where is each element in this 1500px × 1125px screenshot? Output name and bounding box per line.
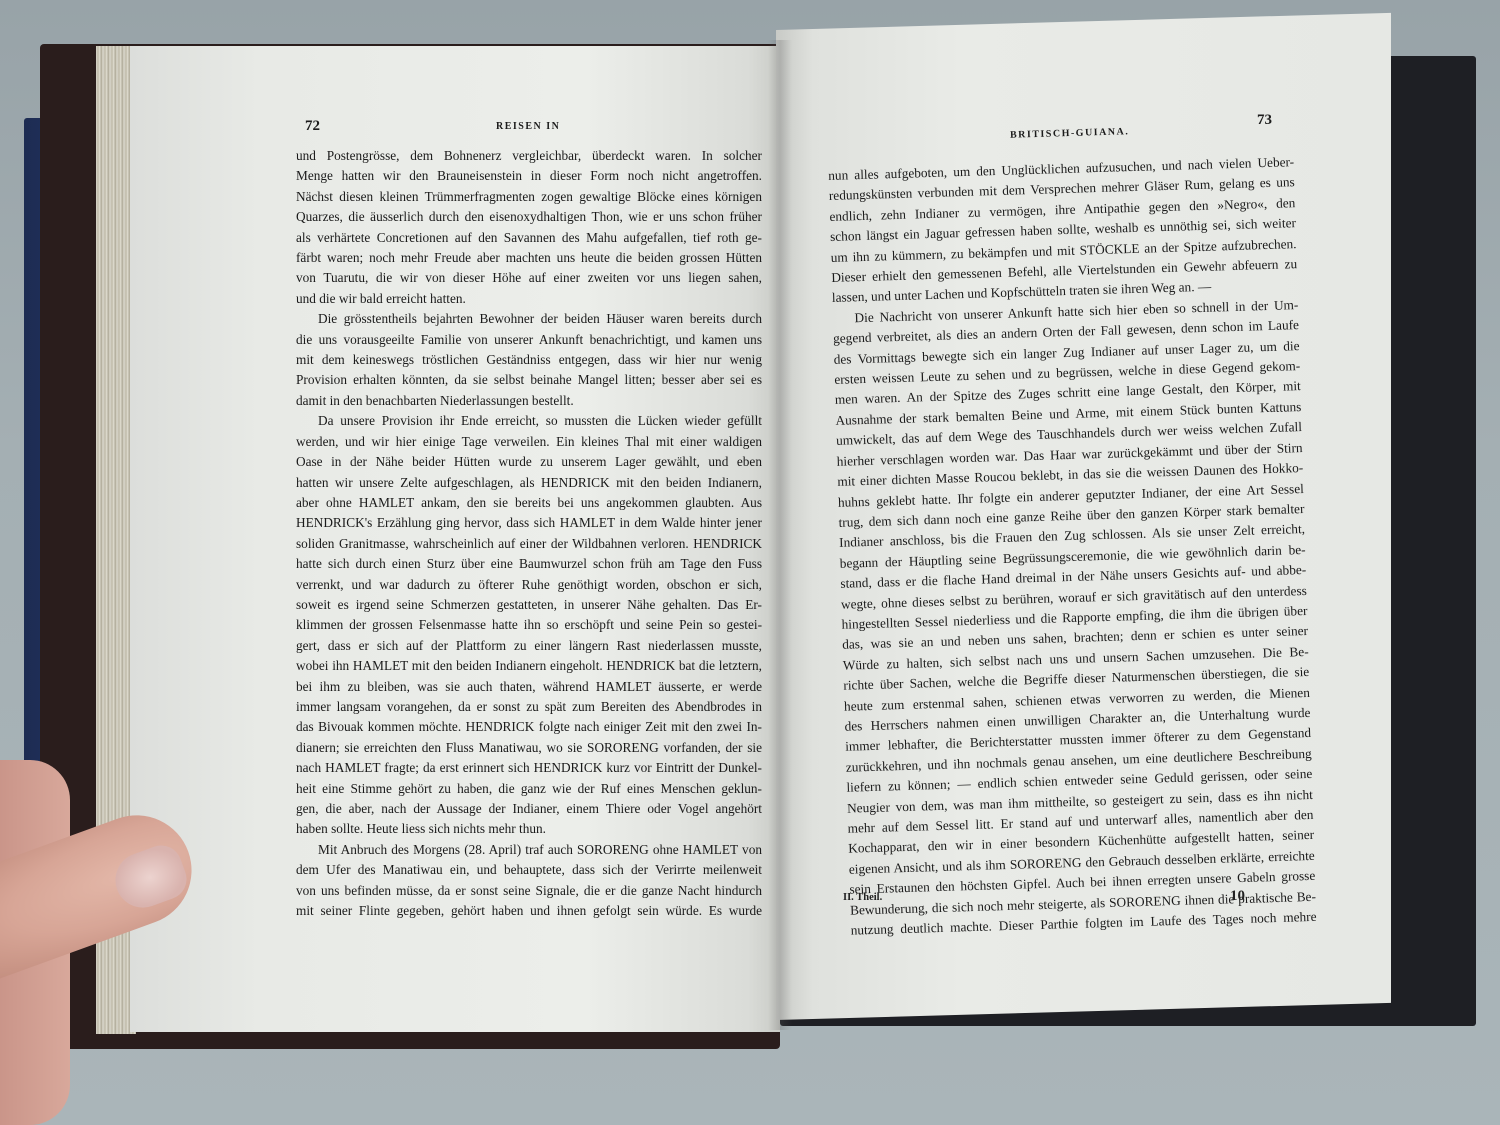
- text-line: gert, dass er sich auf der Plattform zu …: [296, 636, 762, 656]
- text-line: die uns vorausgeeilte Familie von unsere…: [296, 330, 762, 350]
- text-line: klimmen der grossen Felsenmasse hatte ih…: [296, 615, 762, 635]
- text-line: mit dem keineswegs tröstlichen Geständni…: [296, 350, 762, 370]
- text-line: bei ihm zu bleiben, was sie auch thaten,…: [296, 677, 762, 697]
- text-line: als verhärtete Concretionen auf den Sava…: [296, 228, 762, 248]
- text-line: Die grösstentheils bejahrten Bewohner de…: [296, 309, 762, 329]
- text-line: dianern; sie erreichten den Fluss Manati…: [296, 738, 762, 758]
- text-line: HENDRICK's Erzählung ging hervor, dass s…: [296, 513, 762, 533]
- text-line: wobei ihn HAMLET mit den beiden Indianer…: [296, 656, 762, 676]
- text-line: hatten wir unsere Zelte aufgeschlagen, a…: [296, 473, 762, 493]
- right-page-number: 73: [1257, 112, 1272, 129]
- text-line: Mit Anbruch des Morgens (28. April) traf…: [296, 840, 762, 860]
- text-line: gen, die aber, nach der Aussage der Indi…: [296, 799, 762, 819]
- signature-mark: II. Theil.: [843, 892, 882, 903]
- left-running-head: REISEN IN: [496, 121, 560, 132]
- text-line: verrenkt, und war dadurch zu öfterer Ruh…: [296, 575, 762, 595]
- text-line: nach HAMLET fragte; da erst erinnert sic…: [296, 758, 762, 778]
- text-line: das Bivouak kommen möchte. HENDRICK folg…: [296, 717, 762, 737]
- text-line: heit eine Stimme gehört zu haben, die ga…: [296, 779, 762, 799]
- text-line: haben sollte. Heute liess sich nichts me…: [296, 819, 762, 839]
- text-line: Provision erhalten könnten, da sie selbs…: [296, 370, 762, 390]
- text-line: soliden Granitmasse, wahrscheinlich auf …: [296, 534, 762, 554]
- text-line: damit in den benachbarten Niederlassunge…: [296, 391, 762, 411]
- text-line: von uns befinden müsse, da er sonst sein…: [296, 881, 762, 901]
- right-page-body: nun alles aufgeboten, um den Unglücklich…: [828, 152, 1317, 941]
- text-line: Nächst diesen kleinen Trümmerfragmenten …: [296, 187, 762, 207]
- text-line: dem Ufer des Manatiwau ein, und behaupte…: [296, 860, 762, 880]
- text-line: färbt waren; noch mehr Freude aber macht…: [296, 248, 762, 268]
- book-gutter: [768, 40, 792, 1030]
- text-line: aber ohne HAMLET ankam, den sie bereits …: [296, 493, 762, 513]
- text-line: und Postengrösse, dem Bohnenerz vergleic…: [296, 146, 762, 166]
- text-line: und die wir bald erreicht hatten.: [296, 289, 762, 309]
- text-line: Da unsere Provision ihr Ende erreicht, s…: [296, 411, 762, 431]
- text-line: werden, und wir hier einige Tage verweil…: [296, 432, 762, 452]
- signature-number: 10: [1230, 888, 1245, 905]
- text-line: Quarzes, die äusserlich durch den eiseno…: [296, 207, 762, 227]
- left-page-body: und Postengrösse, dem Bohnenerz vergleic…: [296, 146, 762, 921]
- text-line: immer langsam vorangehen, da er sonst zu…: [296, 697, 762, 717]
- text-line: Oase in der Nähe beider Hütten wurde zu …: [296, 452, 762, 472]
- left-page-number: 72: [305, 118, 320, 135]
- text-line: hatte sich durch einen Sturz über eine B…: [296, 554, 762, 574]
- text-line: Menge hatten wir den Brauneisenstein in …: [296, 166, 762, 186]
- text-line: von Tuarutu, die wir von dieser Höhe auf…: [296, 268, 762, 288]
- text-line: soweit es irgend seine Schmerzen gestatt…: [296, 595, 762, 615]
- text-line: mit seiner Flinte gegeben, gehört haben …: [296, 901, 762, 921]
